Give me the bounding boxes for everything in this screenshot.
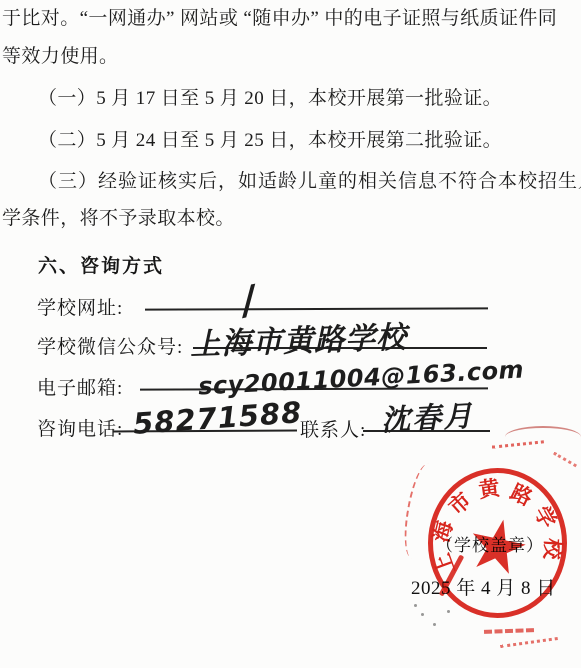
scan-dot <box>433 623 436 626</box>
website-handwritten-value: / <box>238 277 261 323</box>
stamp-noise-mark <box>492 440 544 448</box>
seal-char: 市 <box>445 489 475 519</box>
scan-dot <box>447 610 450 613</box>
stamp-noise-mark <box>505 426 581 448</box>
contact-handwritten-value: 沈春月 <box>380 394 475 440</box>
wechat-label: 学校微信公众号: <box>37 332 183 359</box>
phone-handwritten-value: 58271588 <box>132 395 303 441</box>
stamp-date: 2025 年 4 月 8 日 <box>411 573 556 600</box>
phone-label: 咨询电话: <box>37 414 123 441</box>
list-item-2: （二）5 月 24 日至 5 月 25 日，本校开展第二批验证。 <box>38 130 502 152</box>
stamp-caption: （学校盖章） <box>436 531 544 556</box>
scan-dot <box>421 613 424 616</box>
section-heading: 六、咨询方式 <box>38 251 164 278</box>
website-label: 学校网址: <box>37 293 123 320</box>
email-label: 电子邮箱: <box>37 373 123 400</box>
seal-char: 黄 <box>477 478 501 502</box>
website-blank-line <box>145 307 488 310</box>
list-item-3-line-1: （三）经验证核实后，如适龄儿童的相关信息不符合本校招生入 <box>38 171 581 193</box>
list-item-1: （一）5 月 17 日至 5 月 20 日，本校开展第一批验证。 <box>38 88 502 110</box>
email-handwritten-value: scy20011004@163.com <box>197 355 524 400</box>
scanned-notice-page: 于比对。“一网通办” 网站或 “随申办” 中的电子证照与纸质证件同 等效力使用。… <box>0 0 581 668</box>
stamp-noise-mark <box>553 452 577 468</box>
list-item-3-line-2: 学条件，将不予录取本校。 <box>2 208 235 230</box>
intro-line-1: 于比对。“一网通办” 网站或 “随申办” 中的电子证照与纸质证件同 <box>2 8 557 30</box>
scan-dot <box>414 604 417 607</box>
seal-char: 校 <box>541 538 563 560</box>
seal-char: 路 <box>507 482 535 510</box>
stamp-noise-mark <box>484 628 534 634</box>
stamp-noise-mark <box>500 637 558 648</box>
wechat-handwritten-value: 上海市黄路学校 <box>189 312 407 364</box>
contact-label: 联系人: <box>300 415 366 442</box>
intro-line-2: 等效力使用。 <box>2 46 118 68</box>
seal-char: 学 <box>530 503 559 532</box>
stamp-noise-mark <box>399 461 441 560</box>
